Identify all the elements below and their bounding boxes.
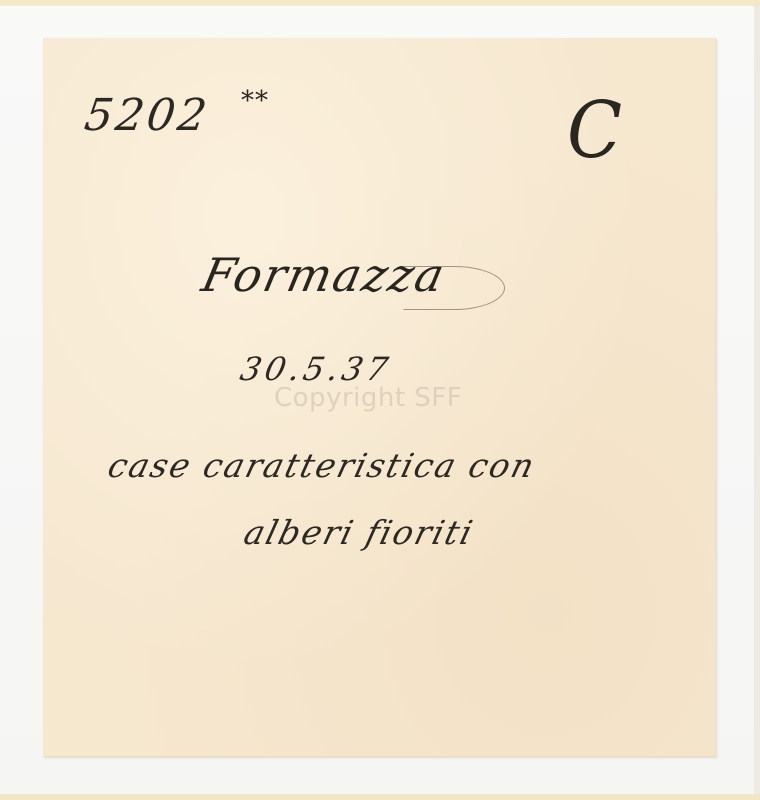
- record-card: 5202 ** C Formazza 30.5.37 case caratter…: [43, 38, 716, 757]
- description-line-2: alberi fioriti: [240, 513, 478, 552]
- place-flourish: [403, 266, 505, 310]
- mount-right-edge: [754, 6, 760, 794]
- description-line-1: case caratteristica con: [104, 446, 540, 485]
- catalog-marks: **: [241, 86, 269, 116]
- catalog-number: 5202: [81, 90, 212, 141]
- copyright-watermark: Copyright SFF: [274, 383, 462, 413]
- bottom-edge-strip: [0, 794, 760, 800]
- category-letter: C: [567, 85, 623, 176]
